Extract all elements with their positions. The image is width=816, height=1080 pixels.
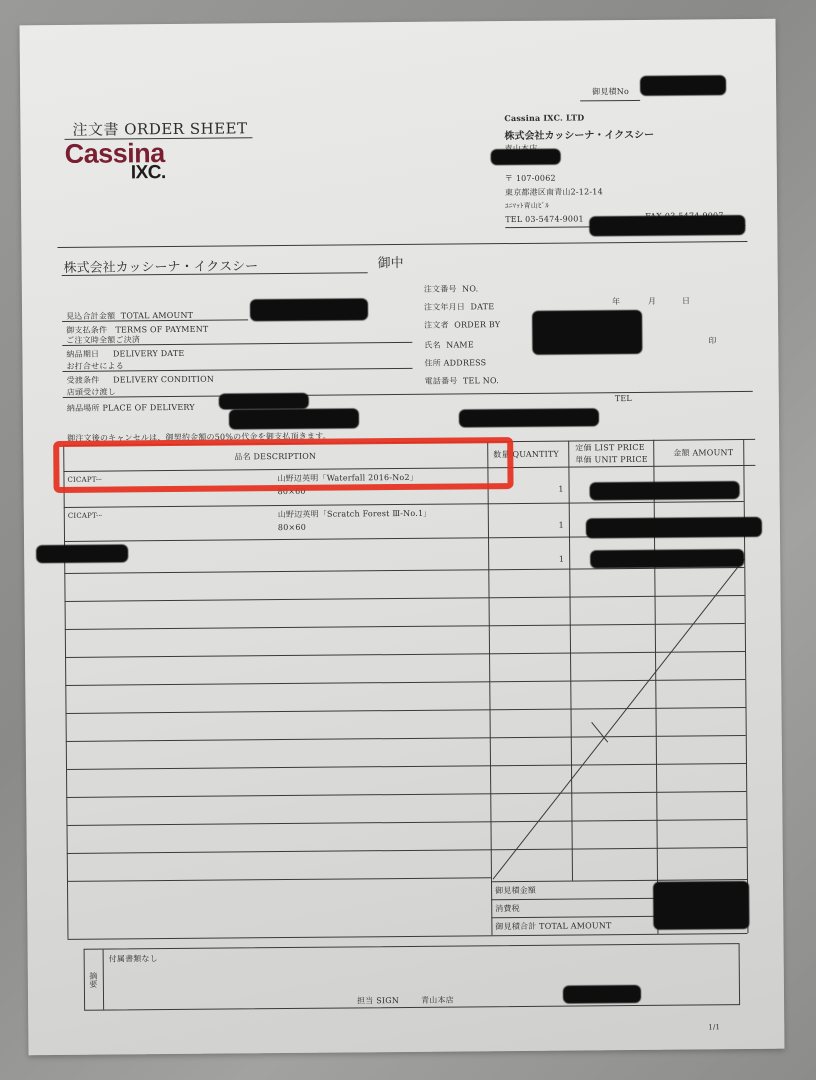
remarks-label: 摘要	[89, 972, 99, 988]
redacted-price-row-1	[590, 481, 740, 500]
page-number: 1/1	[708, 1023, 720, 1031]
remarks-text: 付属書類なし	[109, 953, 158, 964]
remarks-box: 摘要 付属書類なし 担当 SIGN 青山本店	[84, 943, 741, 1011]
red-highlight-annotation	[53, 437, 513, 493]
redacted-totals	[653, 881, 749, 930]
sign-store: 青山本店	[421, 995, 454, 1006]
redacted-price-row-2	[586, 517, 762, 539]
remarks-label-cell: 摘要	[85, 950, 105, 1010]
order-sheet-paper: 御見積No 注文書 ORDER SHEET Cassina IXC. Cassi…	[20, 19, 785, 1056]
totals-tax-label: 消費税	[495, 903, 520, 914]
sign-label: 担当 SIGN	[357, 995, 399, 1006]
redacted-signature	[563, 985, 641, 1004]
redacted-row-3-code	[36, 544, 128, 563]
totals-grand-total-label: 御見積合計 TOTAL AMOUNT	[495, 920, 611, 932]
redacted-price-row-3	[590, 549, 744, 568]
totals-subtotal-label: 御見積金額	[495, 885, 536, 896]
